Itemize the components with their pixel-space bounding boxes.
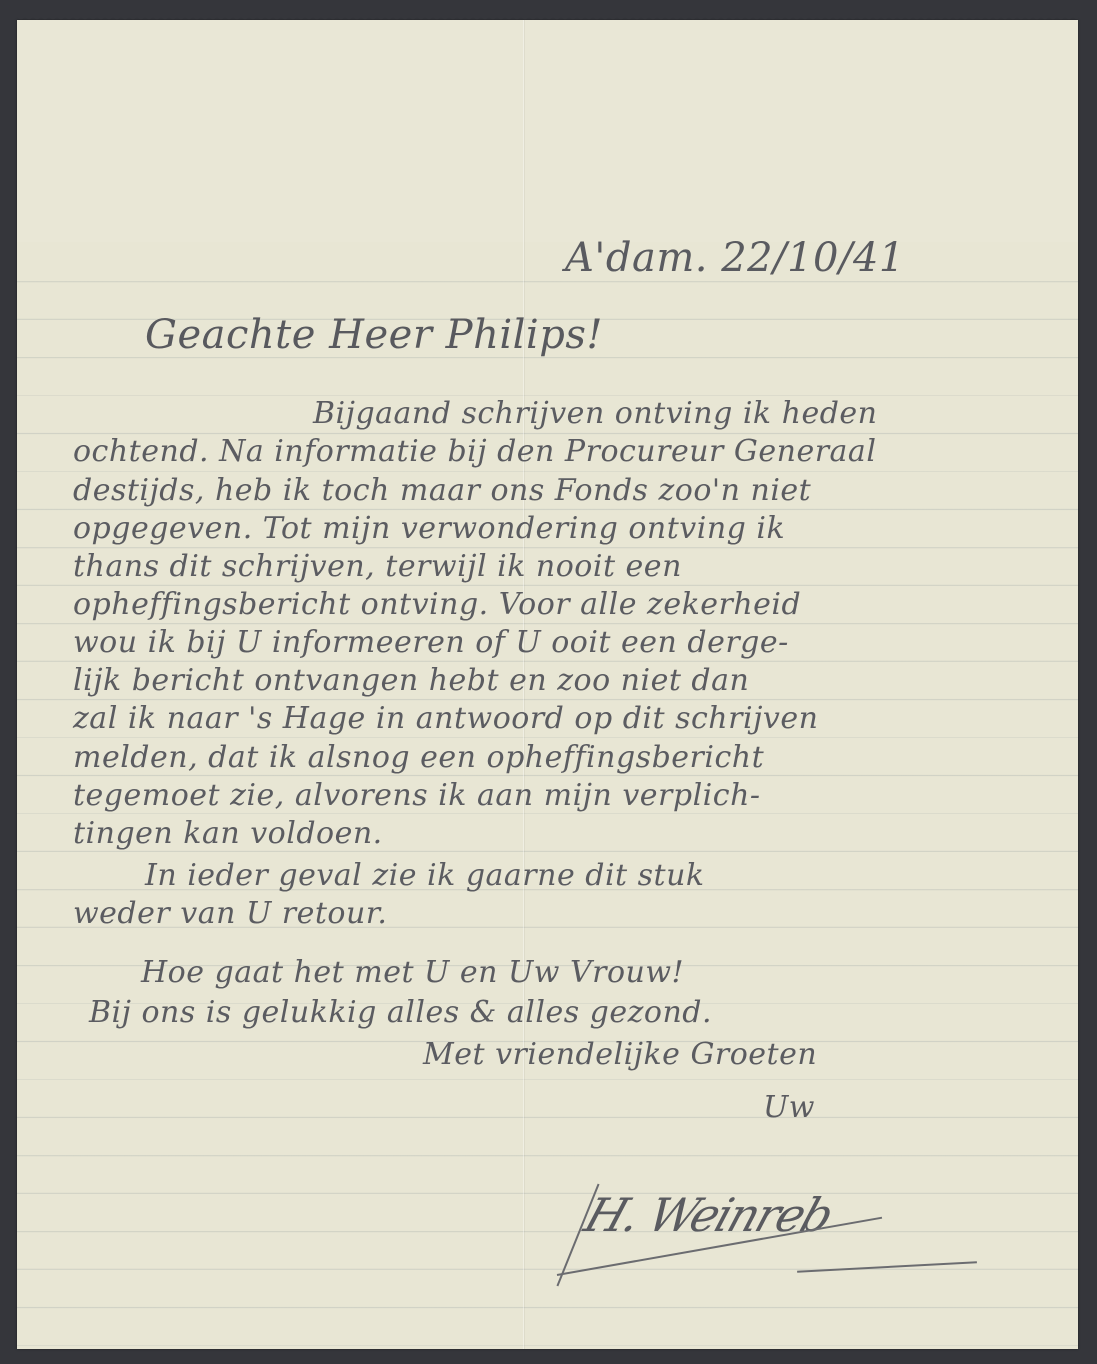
letter-sheet: A'dam. 22/10/41 Geachte Heer Philips! Bi… (17, 20, 1078, 1349)
body-line: destijds, heb ik toch maar ons Fonds zoo… (73, 473, 811, 508)
body-line: wou ik bij U informeeren of U ooit een d… (73, 625, 789, 660)
body-line: ochtend. Na informatie bij den Procureur… (73, 434, 876, 469)
perforated-edge (17, 16, 1078, 24)
closing-line: Bij ons is gelukkig alles & alles gezond… (89, 995, 712, 1030)
letter-header-space (17, 20, 1078, 242)
body-line: thans dit schrijven, terwijl ik nooit ee… (73, 549, 682, 584)
signature: H. Weinreb (547, 1170, 977, 1290)
body-line: opgegeven. Tot mijn verwondering ontving… (73, 511, 785, 546)
body-line: lijk bericht ontvangen hebt en zoo niet … (73, 663, 749, 698)
body-line: zal ik naar 's Hage in antwoord op dit s… (73, 701, 818, 736)
signature-text: H. Weinreb (578, 1188, 839, 1242)
paragraph-line: In ieder geval zie ik gaarne dit stuk (145, 858, 705, 893)
body-line: tegemoet zie, alvorens ik aan mijn verpl… (73, 778, 761, 813)
body-line: tingen kan voldoen. (73, 816, 383, 851)
signature-flourish (797, 1261, 977, 1272)
body-line: opheffingsbericht ontving. Voor alle zek… (73, 587, 801, 622)
body-line: Bijgaand schrijven ontving ik heden (313, 396, 878, 431)
closing-line: Hoe gaat het met U en Uw Vrouw! (141, 955, 684, 990)
letter-dateline: A'dam. 22/10/41 (565, 235, 905, 281)
letter-salutation: Geachte Heer Philips! (145, 312, 603, 358)
body-line: melden, dat ik alsnog een opheffingsberi… (73, 740, 764, 775)
closing-word: Uw (763, 1090, 815, 1125)
closing-line: Met vriendelijke Groeten (423, 1037, 817, 1072)
paragraph-line: weder van U retour. (73, 896, 387, 931)
